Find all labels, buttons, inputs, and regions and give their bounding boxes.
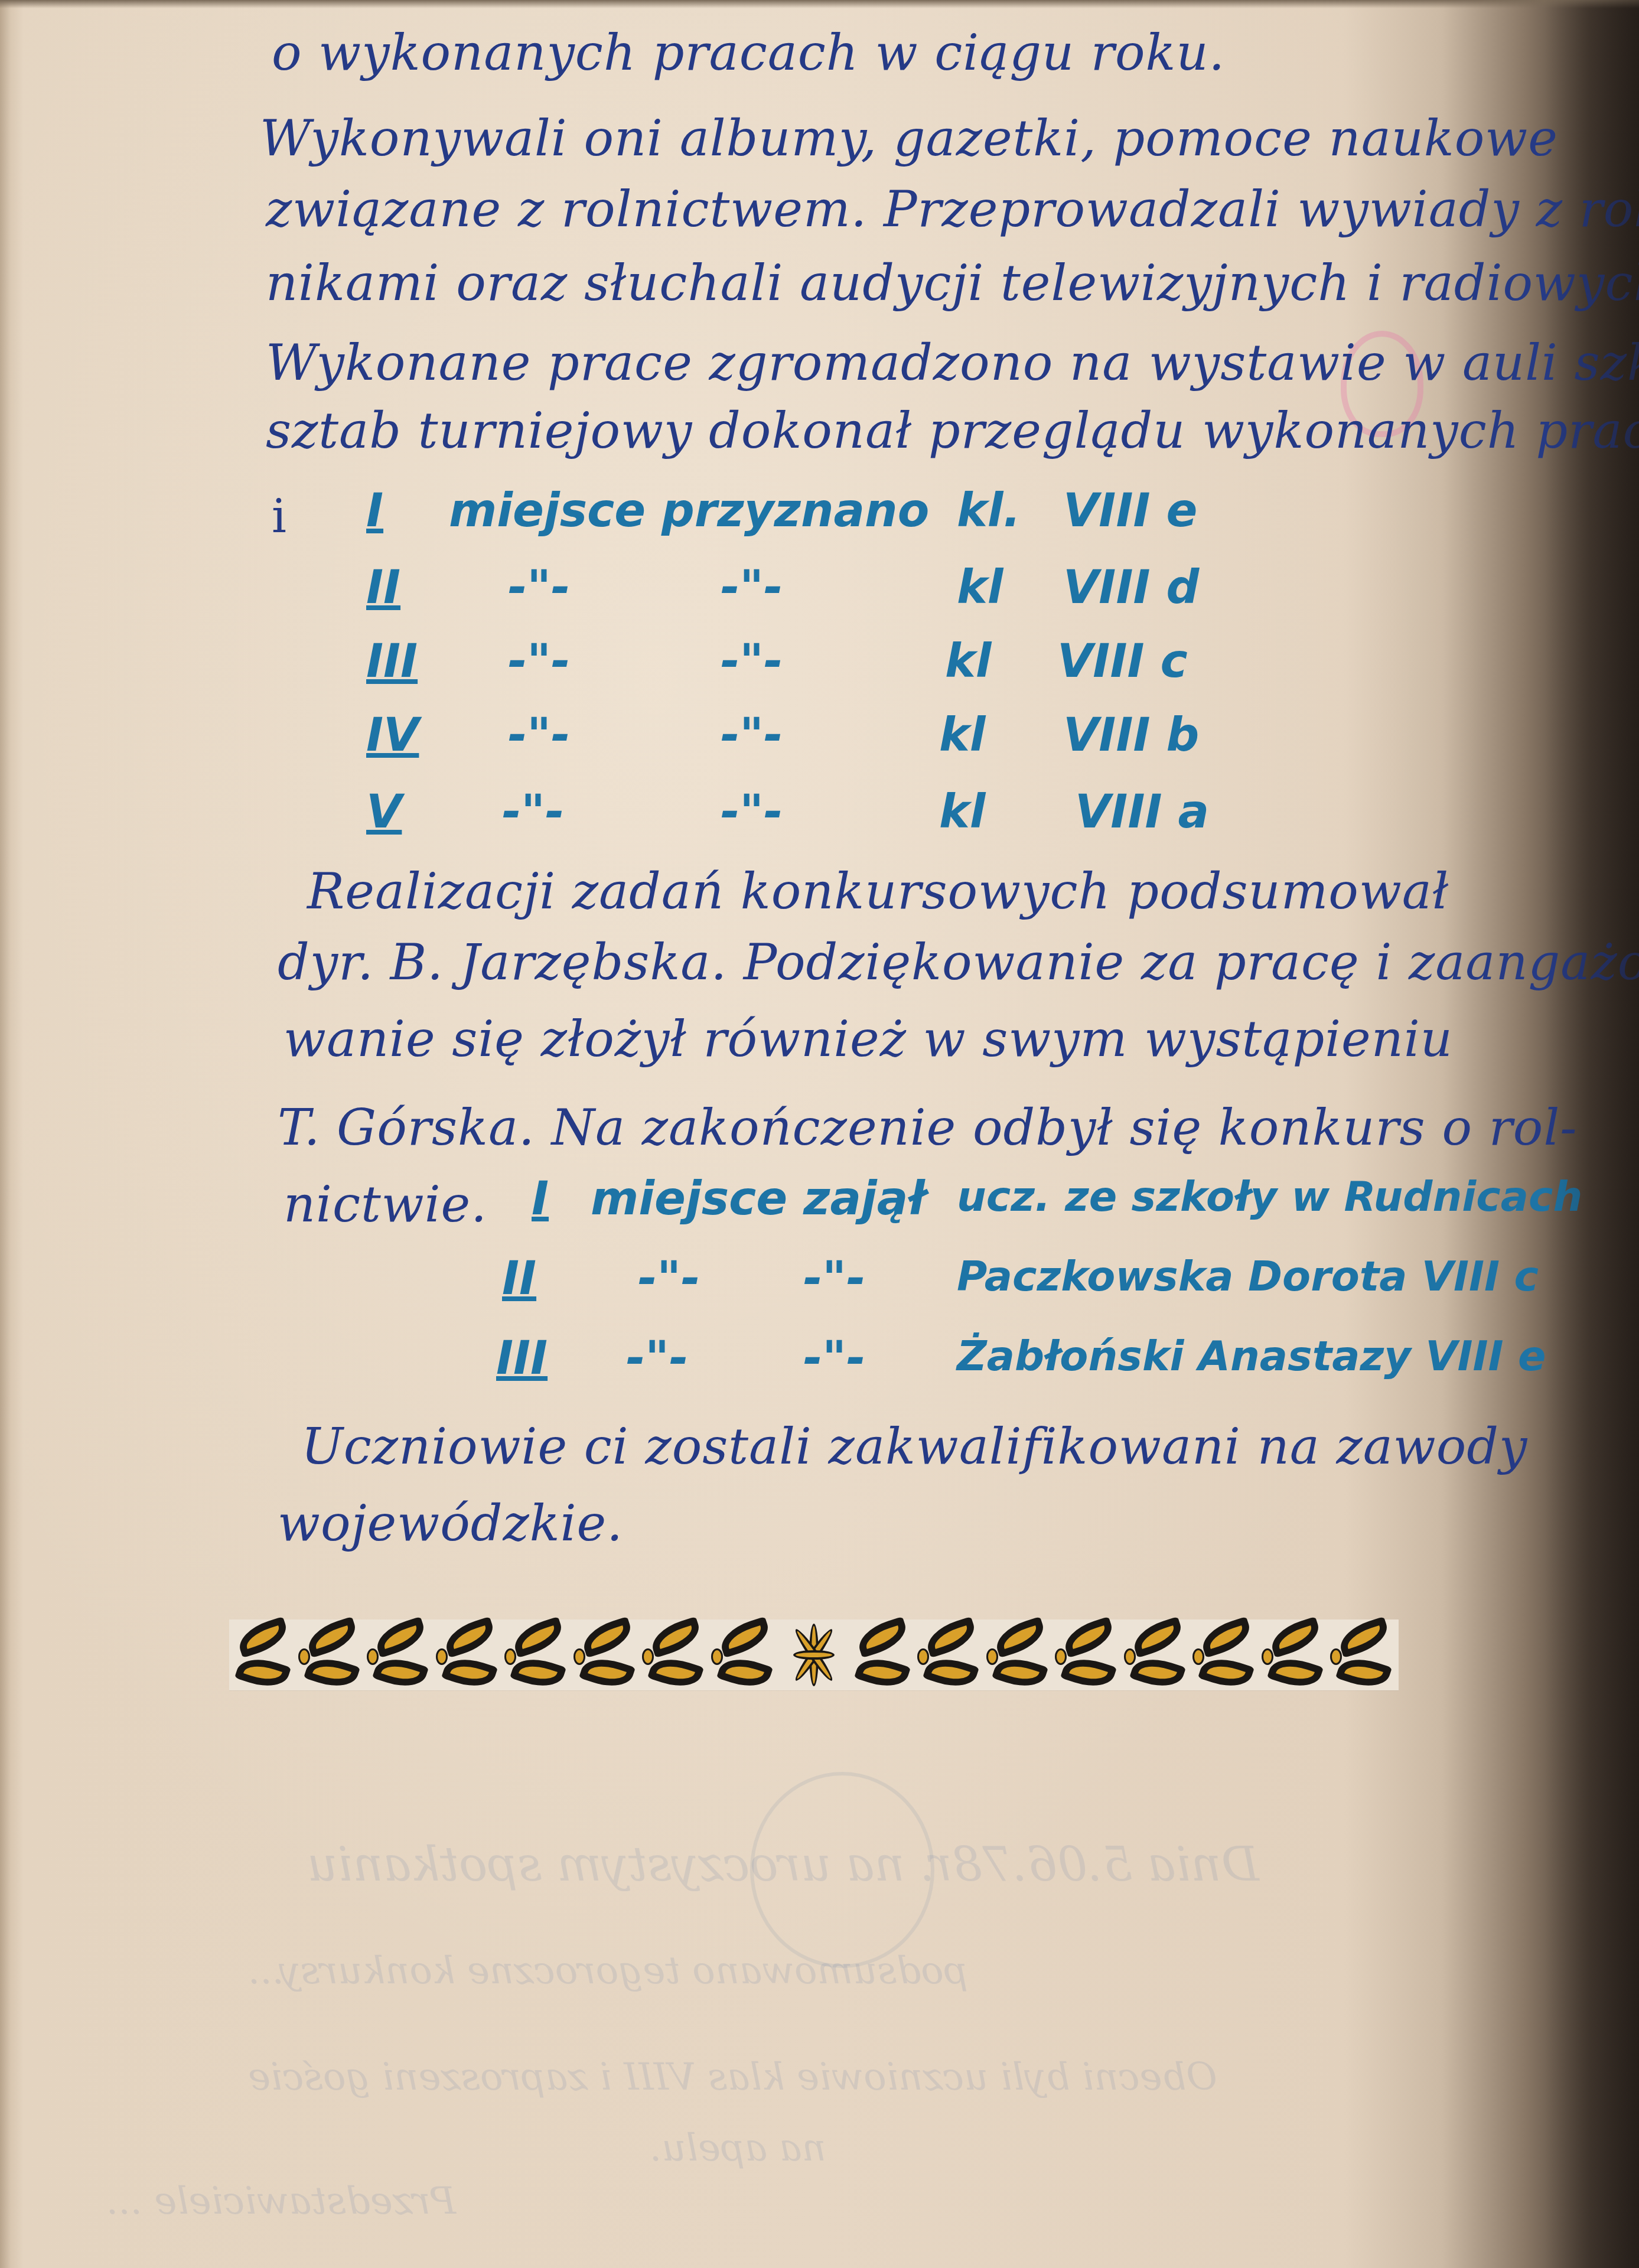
ranking-kl: kl	[939, 709, 986, 762]
text-line: sztab turniejowy dokonał przeglądu wykon…	[266, 402, 1639, 460]
contest-col2: zajął	[803, 1172, 926, 1226]
text-line: nikami oraz słuchali audycji telewizyjny…	[266, 254, 1639, 312]
leaf-pair-icon	[853, 1622, 913, 1687]
text-line: Wykonane prace zgromadzono na wystawie w…	[266, 334, 1639, 392]
place-number: I	[366, 484, 383, 537]
ranking-col2: -"-	[721, 635, 783, 688]
ranking-col1: -"-	[508, 561, 570, 614]
ranking-kl: kl	[939, 786, 986, 839]
ranking-col1: -"-	[508, 635, 570, 688]
text-line: nictwie.	[284, 1175, 487, 1233]
leaf-pair-icon	[1197, 1622, 1256, 1687]
leaf-pair-icon	[441, 1622, 500, 1687]
ranking-class: VIII a	[1075, 786, 1209, 839]
text-line: Uczniowie ci zostali zakwalifikowani na …	[301, 1417, 1528, 1475]
text-line: T. Górska. Na zakończenie odbył się konk…	[278, 1099, 1578, 1156]
bleed-through-text: Przedstawiciele ...	[106, 2179, 456, 2223]
ranking-kl: kl.	[957, 484, 1021, 537]
ranking-col2: -"-	[721, 561, 783, 614]
ranking-col1: -"-	[502, 786, 564, 839]
leaf-pair-icon	[303, 1622, 362, 1687]
place-number: II	[366, 561, 400, 614]
place-number: I	[532, 1172, 549, 1226]
ranking-kl: kl	[945, 635, 992, 688]
decorative-border-band	[229, 1619, 1399, 1690]
ranking-col1: miejsce	[449, 484, 646, 537]
bleed-through-text: podsumowano tegoroczne konkursy...	[248, 1949, 968, 1993]
leaf-pair-icon	[1129, 1622, 1188, 1687]
contest-winner: ucz. ze szkoły w Rudnicach	[957, 1172, 1582, 1221]
leaf-pair-icon	[372, 1622, 431, 1687]
contest-col1: miejsce	[591, 1172, 787, 1226]
ranking-class: VIII b	[1063, 709, 1199, 762]
place-number: III	[366, 635, 418, 688]
leaf-pair-icon	[234, 1622, 293, 1687]
text-line: Wykonywali oni albumy, gazetki, pomoce n…	[260, 109, 1558, 167]
place-number: IV	[366, 709, 419, 762]
ranking-class: VIII d	[1063, 561, 1199, 614]
leaf-pair-icon	[578, 1622, 637, 1687]
contest-winner: Żabłoński Anastazy VIII e	[957, 1332, 1546, 1380]
text-line: wojewódzkie.	[278, 1494, 623, 1552]
bleed-through-text: na apelu.	[650, 2126, 826, 2170]
text-line: Realizacji zadań konkursowych podsumował	[307, 862, 1449, 920]
place-number: V	[366, 786, 402, 839]
leaf-pair-icon	[991, 1622, 1050, 1687]
notebook-page: Dnia 5.06.78r. na uroczystym spotkaniu p…	[0, 0, 1639, 2268]
ranking-class: VIII c	[1057, 635, 1188, 688]
contest-col1: -"-	[638, 1252, 700, 1305]
contest-col2: -"-	[803, 1252, 865, 1305]
ranking-col2: przyznano	[662, 484, 929, 537]
leaf-pair-icon	[509, 1622, 568, 1687]
bleed-through-text: Obecni byli uczniowie klas VIII i zapros…	[248, 2055, 1217, 2099]
contest-col1: -"-	[626, 1332, 688, 1385]
leaf-pair-icon	[1266, 1622, 1325, 1687]
ranking-col2: -"-	[721, 786, 783, 839]
ranking-intro: i	[272, 490, 286, 543]
leaf-pair-icon	[922, 1622, 981, 1687]
ranking-col2: -"-	[721, 709, 783, 762]
leaf-pair-icon	[716, 1622, 775, 1687]
text-line: o wykonanych pracach w ciągu roku.	[272, 24, 1225, 82]
text-line: związane z rolnictwem. Przeprowadzali wy…	[266, 180, 1639, 238]
ranking-col1: -"-	[508, 709, 570, 762]
ranking-class: VIII e	[1063, 484, 1198, 537]
binding-shadow	[1544, 0, 1639, 2268]
text-line: dyr. B. Jarzębska. Podziękowanie za prac…	[278, 933, 1639, 991]
contest-col2: -"-	[803, 1332, 865, 1385]
bleed-through-text: Dnia 5.06.78r. na uroczystym spotkaniu	[307, 1837, 1259, 1892]
leaf-pair-icon	[1335, 1622, 1394, 1687]
text-line: wanie się złożył również w swym wystąpie…	[284, 1010, 1453, 1068]
leaf-pair-icon	[647, 1622, 706, 1687]
contest-winner: Paczkowska Dorota VIII c	[957, 1252, 1539, 1301]
ranking-kl: kl	[957, 561, 1003, 614]
leaf-pair-icon	[1060, 1622, 1119, 1687]
flower-icon	[784, 1622, 843, 1687]
place-number: II	[502, 1252, 536, 1305]
place-number: III	[496, 1332, 548, 1385]
